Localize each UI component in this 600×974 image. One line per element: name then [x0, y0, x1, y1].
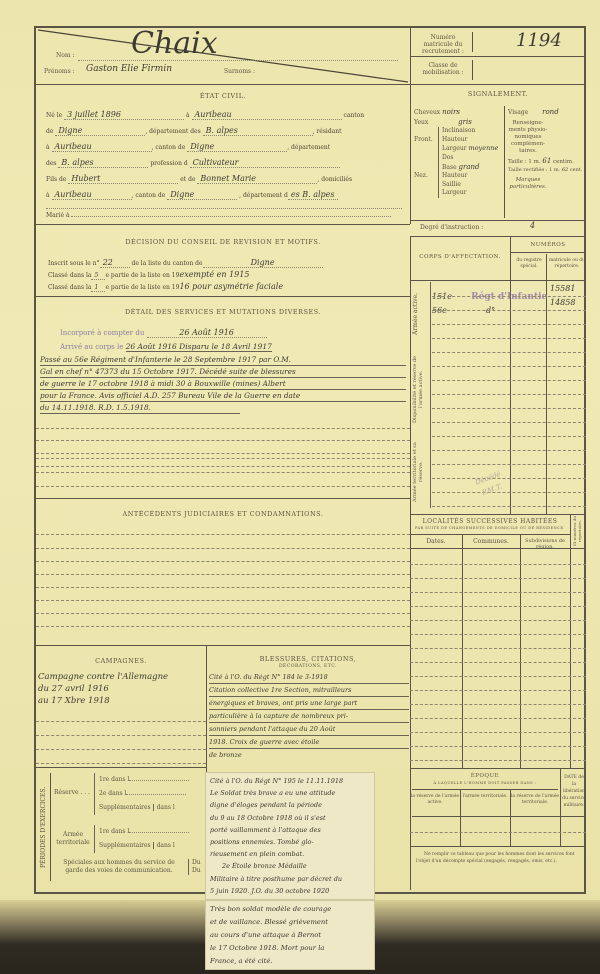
speciales-label: Spéciales aux hommes du service de garde… [54, 859, 184, 875]
reserve-label: Réserve . . . [54, 789, 90, 796]
prenoms-label: Prénoms : [44, 68, 75, 75]
col-reserve-territoriale: la réserve de l'armée territoriale. [510, 794, 560, 806]
registre-matricule-form: Nom : Chaix Prénoms : Gaston Elie Firmin… [34, 26, 586, 894]
nom-label: Nom : [56, 52, 74, 59]
blessures-line: particulière à la capture de nombreux pr… [209, 710, 409, 723]
a3-label: à [46, 192, 50, 199]
classe1-liste-label: e partie de la liste en 19 [105, 272, 179, 279]
mere-value: Bonnet Marie [197, 174, 317, 184]
marques-label: Marques particulières. [508, 177, 548, 191]
note-line: du 9 au 18 Octobre 1918 où il s'est [210, 812, 370, 824]
epoque-section: ÉPOQUE À LAQUELLE L'HOMME DOIT PASSER DA… [410, 768, 586, 890]
etat-civil-section: ÉTAT CIVIL. Né le 3 juillet 1896 à Aurib… [36, 84, 410, 224]
ne-le-label: Né le [46, 112, 62, 119]
blessures-text: Cité à l'O. du Régt N° 184 le 3-1918 Cit… [209, 671, 409, 761]
a-label: à [186, 112, 190, 119]
classe2-label: Classé dans la [48, 284, 91, 291]
periodes-section: PÉRIODES D'EXERCICES. Réserve . . . 1re … [36, 767, 206, 890]
front-largeur-value: moyenne [468, 144, 498, 152]
decision-title: DÉCISION DU CONSEIL DE REVISION ET MOTIF… [36, 238, 410, 246]
attached-citation-note: Cité à l'O. du Régt N° 195 le 11.11.1918… [205, 772, 375, 900]
col-repertoire: matricule ou du répertoire. [548, 258, 586, 270]
incorpore-value: 26 Août 1916 [147, 328, 267, 338]
departement-parents: es B. alpes [288, 190, 338, 200]
note-line: Cité à l'O. du Régt N° 195 le 11.11.1918 [210, 775, 370, 787]
degre-instruction-label: Degré d'instruction : [420, 224, 483, 231]
pencil-annotation: Décédé P.M.T. [467, 466, 513, 502]
departement2-label: , département [287, 144, 330, 151]
dos-label: Dos [442, 154, 480, 163]
signalement-right-column: Visage rond Renseigne-ments physio-nomiq… [508, 108, 584, 191]
services-detail-text: Passé au 56e Régiment d'Infanterie le 28… [40, 354, 406, 414]
visage-value: rond [542, 108, 559, 116]
note-line: le 17 Octobre 1918. Mort pour la [210, 942, 370, 955]
date-naissance: 3 juillet 1896 [64, 110, 184, 120]
note-line: et de vaillance. Blessé grièvement [210, 916, 370, 929]
note-line: Le Soldat très brave a eu une attitude [210, 787, 370, 799]
et-de-label: et de [180, 176, 195, 183]
reserve-supp-dans-label: dans l [153, 804, 175, 811]
reserve-supp-label: Supplémentaires [99, 804, 151, 811]
services-title: DÉTAIL DES SERVICES ET MUTATIONS DIVERSE… [36, 308, 410, 316]
territoriale-supp-dans-label: dans l [153, 842, 175, 849]
front-largeur-label: Largeur [442, 145, 467, 152]
territoriale-supp-label: Supplémentaires [99, 842, 151, 849]
armee-active-label: Armée active. [412, 284, 419, 344]
domicilies-label: , domiciliés [317, 176, 352, 183]
base-value: grand [459, 163, 480, 171]
campagne-line: au 17 Xbre 1918 [38, 695, 204, 707]
affectation-row: 56e d° [432, 298, 495, 317]
territoriale-1-label: 1re dans l [99, 828, 129, 835]
pere-value: Hubert [68, 174, 178, 184]
speciales-du: Du Du [188, 859, 201, 875]
taille-rectifiee-label: Taille rectifiée : 1 m. [508, 167, 560, 173]
epoque-title: ÉPOQUE [410, 773, 560, 779]
campagne-line: Campagne contre l'Allemagne [38, 671, 204, 683]
blessures-line: 1918. Croix de guerre avec étoile [209, 736, 409, 749]
departement-label: , département des [145, 128, 200, 135]
du-label: Du [192, 867, 201, 875]
note-line: Très bon soldat modèle de courage [210, 903, 370, 916]
col-registre-special: du registre spécial. [512, 258, 546, 270]
blessures-line: de bronze [209, 749, 409, 761]
periodes-vertical-label: PÉRIODES D'EXERCICES. [40, 777, 47, 877]
inclinaison-label: Inclinaison [442, 127, 498, 136]
classe1-value: exempté en 1915 [179, 270, 249, 279]
canton-parents: Digne [167, 190, 237, 200]
blessures-section: BLESSURES, CITATIONS, DÉCORATIONS, ETC. … [206, 645, 410, 775]
note-line: Militaire à titre posthume par décret du [210, 873, 370, 885]
decision-section: DÉCISION DU CONSEIL DE REVISION ET MOTIF… [36, 224, 410, 296]
nez-largeur-label: Largeur [442, 189, 480, 198]
reserve-group: 1re dans l 2e dans l Supplémentaires dan… [94, 773, 189, 815]
marie-value [71, 216, 391, 217]
matricule-value: 1194 [516, 30, 562, 51]
des-label: des [46, 160, 56, 167]
reserve-2-label: 2e dans l [99, 790, 126, 797]
front-label: Front. [414, 127, 438, 154]
campagne-line: du 27 avril 1916 [38, 683, 204, 695]
numeros-title: NUMÉROS [510, 242, 586, 248]
degre-instruction-value: 4 [530, 221, 535, 230]
arrive-value: 26 Août 1916 Disparu le 18 Avril 1917 [126, 342, 272, 352]
domicile-parents: Auribeau [52, 190, 132, 200]
canton-naissance: Digne [55, 126, 145, 136]
lieu-naissance: Auribeau [192, 110, 342, 120]
services-section: DÉTAIL DES SERVICES ET MUTATIONS DIVERSE… [36, 296, 410, 476]
blessures-line: Citation collective 1re Section, mitrail… [209, 684, 409, 697]
header-identity: Nom : Chaix Prénoms : Gaston Elie Firmin… [36, 28, 410, 84]
date-liberation-title: DATE de la libération du service militai… [562, 774, 586, 809]
campagnes-section: CAMPAGNES. Campagne contre l'Allemagne d… [36, 645, 206, 767]
blessures-subtitle: DÉCORATIONS, ETC. [206, 664, 410, 669]
taille-unit: centim. [553, 159, 574, 165]
blessures-title: BLESSURES, CITATIONS, [206, 655, 410, 663]
marie-label: Marié à [46, 212, 70, 219]
corps-affectation-title: CORPS D'AFFECTATION. [410, 254, 510, 260]
epoque-footnote: Ne remplir ce tableau que pour les homme… [416, 852, 580, 865]
canton-label: canton [343, 112, 364, 119]
departement3-label: , département d [239, 192, 288, 199]
affectation-repertoire: 15581 [550, 284, 575, 293]
note-line: 2e Étoile bronze Médaille [210, 860, 370, 872]
taille-value: 61 [542, 157, 551, 165]
col-reserve-active: la réserve de l'armée active. [410, 794, 460, 806]
yeux-value: gris [458, 118, 472, 126]
note-line: au cours d'une attaque à Bernot [210, 929, 370, 942]
etat-civil-title: ÉTAT CIVIL. [36, 92, 410, 100]
arrive-label: Arrivé au corps le [60, 343, 123, 351]
localites-section: LOCALITÉS SUCCESSIVES HABITÉES PAR SUITE… [410, 514, 586, 768]
services-line: pour la France. Avis officiel A.D. 257 B… [40, 390, 406, 402]
blessures-line: énergiques et braves, ont pris une large… [209, 697, 409, 710]
classe-label: Classe de mobilisation : [416, 62, 470, 76]
inscrit-no: 22 [100, 258, 130, 268]
departement-naissance: B. alpes [203, 126, 313, 136]
services-line: Gal en chef n° 47373 du 15 Octobre 1917.… [40, 366, 406, 378]
saillie-label: Saillie [442, 181, 480, 190]
fils-label: Fils de [46, 176, 66, 183]
disponibilite-label: Disponibilité et réserve de l'armée acti… [412, 352, 424, 426]
canton3-label: , canton de [132, 192, 166, 199]
classe2-value: 16 pour asymétrie faciale [179, 282, 283, 291]
du-label: Du [192, 859, 201, 867]
a2-label: à [46, 144, 50, 151]
visage-label: Visage [508, 109, 528, 116]
classe2-partie: 1 [91, 284, 105, 292]
col-armee-territoriale: l'armée territoriale. [460, 794, 510, 800]
localites-subtitle: PAR SUITE DE CHANGEMENTS DE DOMICILE OU … [410, 526, 570, 530]
classe2-liste-label: e partie de la liste en 19 [105, 284, 179, 291]
matricule-label: Numéro matricule du recrutement : [416, 34, 470, 55]
antecedents-section: ANTÉCÉDENTS JUDICIAIRES ET CONDAMNATIONS… [36, 498, 410, 638]
note-line: positions ennemies. Tombé glo- [210, 836, 370, 848]
classe1-partie: 5 [91, 272, 105, 280]
note-line: digne d'éloges pendant la période [210, 799, 370, 811]
services-line: du 14.11.1918. R.D. 1.5.1918. [40, 402, 240, 414]
departement-residence: B. alpes [58, 158, 148, 168]
incorpore-label: Incorporé à compter du [60, 329, 144, 337]
cheveux-value: noirs [442, 108, 460, 116]
nez-label: Nez. [414, 154, 438, 198]
residence: Auribeau [52, 142, 152, 152]
signalement-section: SIGNALEMENT. Cheveux noirs Yeux gris Fro… [410, 84, 586, 236]
note-line: France, a été cité. [210, 955, 370, 968]
epoque-subtitle: À LAQUELLE L'HOMME DOIT PASSER DANS : [410, 781, 560, 785]
col-communes: Communes. [462, 538, 520, 545]
localites-side-label: Et numéros du répertoire. [572, 516, 582, 546]
note-line: 5 juin 1920. J.O. du 30 octobre 1920 [210, 885, 370, 897]
services-line: de guerre le 17 octobre 1918 à midi 30 à… [40, 378, 406, 390]
territoriale-group: 1re dans l Supplémentaires dans l [94, 825, 189, 853]
attached-death-note: Très bon soldat modèle de courage et de … [205, 900, 375, 970]
blessures-line: Cité à l'O. du Régt N° 184 le 3-1918 [209, 671, 409, 684]
residant-label: , résidant [313, 128, 342, 135]
decision-canton: Digne [203, 258, 323, 268]
canton2-label: , canton de [152, 144, 186, 151]
note-line: porté vaillamment à l'attaque des [210, 824, 370, 836]
cheveux-label: Cheveux [414, 109, 440, 116]
yeux-label: Yeux [414, 119, 428, 126]
liste-canton-label: de la liste du canton de [131, 260, 202, 267]
territoriale-label: Armée territoriale [54, 831, 92, 847]
affectation-repertoire: 14858 [550, 298, 575, 307]
campagnes-text: Campagne contre l'Allemagne du 27 avril … [38, 671, 204, 707]
note-line: rieusement en plein combat. [210, 848, 370, 860]
localites-title: LOCALITÉS SUCCESSIVES HABITÉES [410, 518, 570, 525]
prenoms-value: Gaston Elie Firmin [86, 64, 172, 74]
diagonal-strike-line [36, 28, 410, 84]
nez-hauteur-label: Hauteur [442, 172, 480, 181]
signalement-title: SIGNALEMENT. [410, 90, 586, 98]
nom-value: Chaix [131, 26, 218, 61]
profession-value: Cultivateur [190, 158, 340, 168]
reserve-1-label: 1re dans l [99, 776, 129, 783]
surnoms-label: Surnoms : [224, 68, 255, 75]
col-dates: Dates. [410, 538, 462, 545]
base-label: Base [442, 164, 457, 171]
affectation-section: CORPS D'AFFECTATION. NUMÉROS du registre… [410, 236, 586, 514]
blessures-line: sonniers pendant l'attaque du 20 Août [209, 723, 409, 736]
classe1-label: Classé dans la [48, 272, 91, 279]
campagnes-title: CAMPAGNES. [36, 657, 206, 665]
taille-label: Taille : 1 m. [508, 159, 541, 165]
taille-rectifiee-unit: cent. [570, 167, 583, 173]
signalement-left-column: Cheveux noirs Yeux gris Front. Inclinais… [414, 108, 504, 198]
canton-residence: Digne [187, 142, 287, 152]
territoriale-affectation-label: Armée territoriale et sa réserve. [412, 436, 424, 508]
renseignements-label: Renseigne-ments physio-nomiques compléme… [508, 120, 548, 155]
inscrit-label: Inscrit sous le n° [48, 260, 100, 267]
front-hauteur-label: Hauteur [442, 136, 498, 145]
profession-label: profession d [150, 160, 187, 167]
services-line: Passé au 56e Régiment d'Infanterie le 28… [40, 354, 406, 366]
de-label: de [46, 128, 53, 135]
taille-rectifiee-value: 62 [562, 167, 568, 173]
antecedents-title: ANTÉCÉDENTS JUDICIAIRES ET CONDAMNATIONS… [36, 510, 410, 518]
